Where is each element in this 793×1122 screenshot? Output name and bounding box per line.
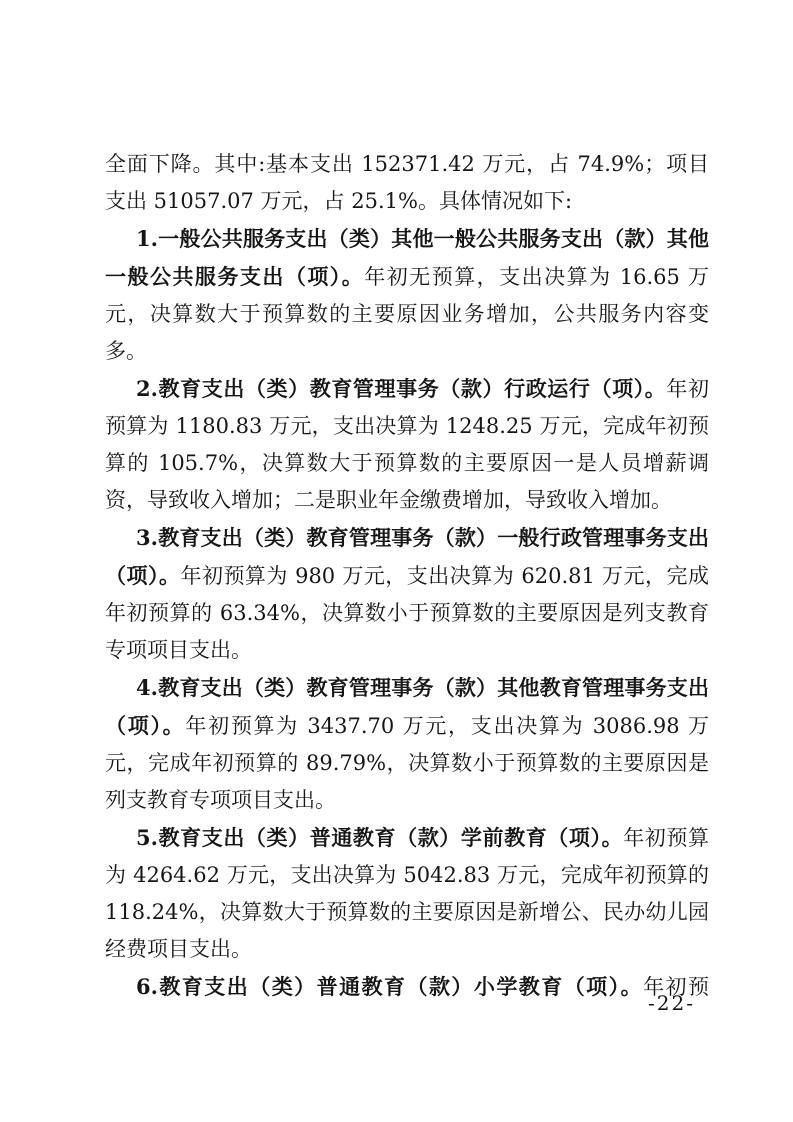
document-page: 全面下降。其中:基本支出 152371.42 万元，占 74.9%；项目支出 5… — [0, 0, 793, 1122]
budget-item-paragraph: 3.教育支出（类）教育管理事务（款）一般行政管理事务支出（项）。年初预算为 98… — [105, 519, 709, 669]
intro-paragraph: 全面下降。其中:基本支出 152371.42 万元，占 74.9%；项目支出 5… — [105, 146, 709, 220]
budget-item-paragraph: 1.一般公共服务支出（类）其他一般公共服务支出（款）其他一般公共服务支出（项）。… — [105, 220, 709, 370]
budget-item-paragraph: 4.教育支出（类）教育管理事务（款）其他教育管理事务支出（项）。年初预算为 34… — [105, 669, 709, 819]
item-5-heading: 5.教育支出（类）普通教育（款）学前教育（项）。 — [136, 825, 623, 850]
page-content: 全面下降。其中:基本支出 152371.42 万元，占 74.9%；项目支出 5… — [105, 146, 709, 1006]
page-number: -22- — [648, 991, 695, 1015]
budget-item-paragraph: 5.教育支出（类）普通教育（款）学前教育（项）。年初预算为 4264.62 万元… — [105, 819, 709, 968]
item-2-heading: 2.教育支出（类）教育管理事务（款）行政运行（项）。 — [136, 376, 666, 401]
budget-item-paragraph: 2.教育支出（类）教育管理事务（款）行政运行（项）。年初预算为 1180.83 … — [105, 370, 709, 519]
item-3-body: 年初预算为 980 万元，支出决算为 620.81 万元，完成年初预算的 63.… — [105, 564, 709, 662]
budget-item-paragraph-truncated: 6.教育支出（类）普通教育（款）小学教育（项）。年初预 — [105, 968, 709, 1006]
item-4-body: 年初预算为 3437.70 万元，支出决算为 3086.98 万元，完成年初预算… — [105, 714, 709, 812]
item-6-heading: 6.教育支出（类）普通教育（款）小学教育（项）。 — [136, 974, 643, 999]
intro-text: 全面下降。其中:基本支出 152371.42 万元，占 74.9%；项目支出 5… — [105, 152, 709, 213]
